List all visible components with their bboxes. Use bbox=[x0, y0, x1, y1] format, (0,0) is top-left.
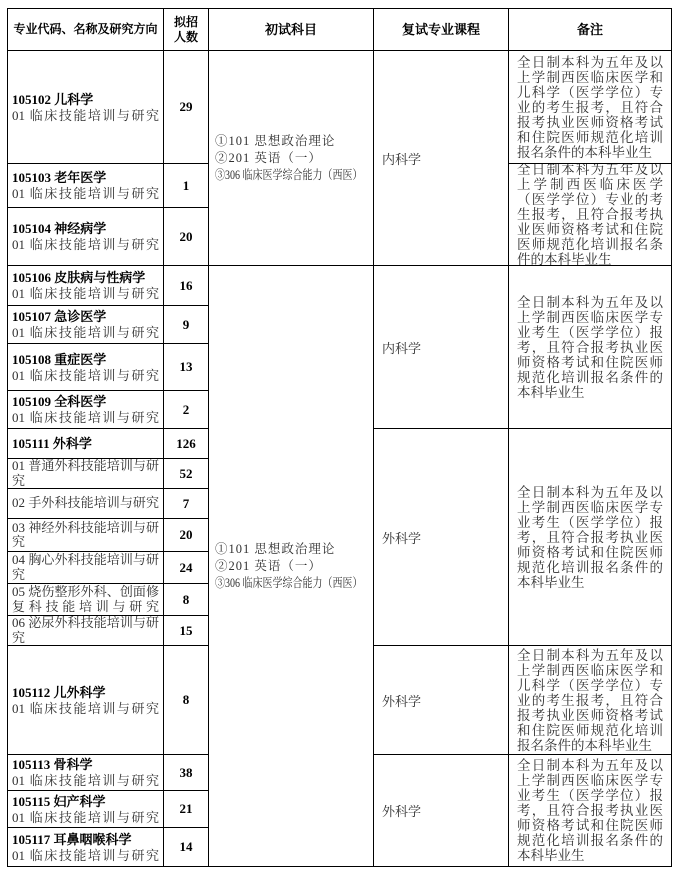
quota-cell: 13 bbox=[164, 344, 209, 391]
direction-cell-03: 03 神经外科技能培训与研究 bbox=[8, 519, 164, 552]
exam-line-english: ②201 英语（一） bbox=[215, 150, 367, 167]
retest-cell-surgery-2: 外科学 bbox=[374, 646, 509, 755]
program-direction: 01 临床技能培训与研究 bbox=[12, 369, 159, 384]
program-code: 105115 妇产科学 bbox=[12, 793, 159, 811]
program-code: 105111 外科学 bbox=[12, 435, 159, 453]
program-cell-105109: 105109 全科医学 01 临床技能培训与研究 bbox=[8, 391, 164, 429]
program-direction: 04 胸心外科技能培训与研究 bbox=[12, 553, 159, 582]
quota-cell: 38 bbox=[164, 755, 209, 791]
direction-cell-01: 01 普通外科技能培训与研究 bbox=[8, 459, 164, 489]
quota-cell: 8 bbox=[164, 584, 209, 616]
exam-subjects-cell-bottom: ①101 思想政治理论 ②201 英语（一） ③306 临床医学综合能力（西医） bbox=[209, 266, 374, 866]
program-code: 105103 老年医学 bbox=[12, 169, 159, 187]
quota-cell: 7 bbox=[164, 489, 209, 519]
program-code: 105117 耳鼻咽喉科学 bbox=[12, 831, 159, 849]
quota-cell: 14 bbox=[164, 828, 209, 866]
program-direction: 05 烧伤整形外科、创面修复科技能培训与研究 bbox=[12, 585, 159, 614]
program-code: 105112 儿外科学 bbox=[12, 684, 159, 702]
program-cell-105103: 105103 老年医学 01 临床技能培训与研究 bbox=[8, 164, 164, 208]
program-direction: 01 临床技能培训与研究 bbox=[12, 187, 159, 202]
program-direction: 01 临床技能培训与研究 bbox=[12, 811, 159, 826]
direction-cell-05: 05 烧伤整形外科、创面修复科技能培训与研究 bbox=[8, 584, 164, 616]
remark-cell-5: 全日制本科为五年及以上学制西医临床医学和儿科学（医学学位）专业的考生报考，且符合… bbox=[509, 646, 671, 755]
program-cell-105117: 105117 耳鼻咽喉科学 01 临床技能培训与研究 bbox=[8, 828, 164, 866]
program-direction: 01 临床技能培训与研究 bbox=[12, 411, 159, 426]
retest-cell-surgery-3: 外科学 bbox=[374, 755, 509, 866]
program-direction: 01 临床技能培训与研究 bbox=[12, 326, 159, 341]
program-direction: 01 临床技能培训与研究 bbox=[12, 287, 159, 302]
document-page: { "colors":{"border":"#000000","text":"#… bbox=[0, 0, 673, 879]
quota-cell: 8 bbox=[164, 646, 209, 755]
direction-cell-02: 02 手外科技能培训与研究 bbox=[8, 489, 164, 519]
program-cell-105102: 105102 儿科学 01 临床技能培训与研究 bbox=[8, 51, 164, 164]
exam-line-clinical: ③306 临床医学综合能力（西医） bbox=[215, 575, 337, 592]
header-remark: 备注 bbox=[509, 9, 671, 51]
quota-cell: 126 bbox=[164, 429, 209, 459]
header-exam: 初试科目 bbox=[209, 9, 374, 51]
exam-line-politics: ①101 思想政治理论 bbox=[215, 133, 367, 150]
remark-cell-4: 全日制本科为五年及以上学制西医临床医学专业考生（医学学位）报考，且符合报考执业医… bbox=[509, 429, 671, 646]
direction-cell-04: 04 胸心外科技能培训与研究 bbox=[8, 552, 164, 584]
program-direction: 02 手外科技能培训与研究 bbox=[12, 496, 159, 511]
program-direction: 01 普通外科技能培训与研究 bbox=[12, 459, 159, 488]
program-cell-105115: 105115 妇产科学 01 临床技能培训与研究 bbox=[8, 791, 164, 828]
remark-cell-1: 全日制本科为五年及以上学制西医临床医学和儿科学（医学学位）专业的考生报考，且符合… bbox=[509, 51, 671, 164]
quota-cell: 1 bbox=[164, 164, 209, 208]
program-direction: 06 泌尿外科技能培训与研究 bbox=[12, 616, 159, 645]
quota-cell: 24 bbox=[164, 552, 209, 584]
exam-line-clinical: ③306 临床医学综合能力（西医） bbox=[215, 167, 337, 184]
program-code: 105106 皮肤病与性病学 bbox=[12, 269, 159, 287]
program-cell-105106: 105106 皮肤病与性病学 01 临床技能培训与研究 bbox=[8, 266, 164, 306]
program-direction: 01 临床技能培训与研究 bbox=[12, 774, 159, 789]
quota-cell: 2 bbox=[164, 391, 209, 429]
retest-cell-surgery-1: 外科学 bbox=[374, 429, 509, 646]
quota-cell: 52 bbox=[164, 459, 209, 489]
direction-cell-06: 06 泌尿外科技能培训与研究 bbox=[8, 616, 164, 646]
program-cell-105111: 105111 外科学 bbox=[8, 429, 164, 459]
program-code: 105107 急诊医学 bbox=[12, 308, 159, 326]
quota-cell: 9 bbox=[164, 306, 209, 344]
program-cell-105112: 105112 儿外科学 01 临床技能培训与研究 bbox=[8, 646, 164, 755]
admission-table: 专业代码、名称及研究方向 拟招人数 初试科目 复试专业课程 备注 105102 … bbox=[7, 8, 672, 867]
quota-cell: 15 bbox=[164, 616, 209, 646]
header-quota: 拟招人数 bbox=[164, 9, 209, 51]
program-cell-105104: 105104 神经病学 01 临床技能培训与研究 bbox=[8, 208, 164, 266]
program-direction: 03 神经外科技能培训与研究 bbox=[12, 521, 159, 550]
quota-cell: 20 bbox=[164, 208, 209, 266]
remark-cell-2: 全日制本科为五年及以上学制西医临床医学（医学学位）专业的考生报考，且符合报考执业… bbox=[509, 164, 671, 266]
program-code: 105113 骨科学 bbox=[12, 756, 159, 774]
program-cell-105113: 105113 骨科学 01 临床技能培训与研究 bbox=[8, 755, 164, 791]
program-cell-105107: 105107 急诊医学 01 临床技能培训与研究 bbox=[8, 306, 164, 344]
remark-cell-6: 全日制本科为五年及以上学制西医临床医学专业考生（医学学位）报考，且符合报考执业医… bbox=[509, 755, 671, 866]
retest-cell-internal-medicine-2: 内科学 bbox=[374, 266, 509, 429]
quota-cell: 29 bbox=[164, 51, 209, 164]
quota-cell: 16 bbox=[164, 266, 209, 306]
quota-cell: 21 bbox=[164, 791, 209, 828]
remark-cell-3: 全日制本科为五年及以上学制西医临床医学专业考生（医学学位）报考，且符合报考执业医… bbox=[509, 266, 671, 429]
exam-line-politics: ①101 思想政治理论 bbox=[215, 541, 367, 558]
program-direction: 01 临床技能培训与研究 bbox=[12, 109, 159, 124]
header-retest: 复试专业课程 bbox=[374, 9, 509, 51]
program-direction: 01 临床技能培训与研究 bbox=[12, 702, 159, 717]
quota-cell: 20 bbox=[164, 519, 209, 552]
program-direction: 01 临床技能培训与研究 bbox=[12, 849, 159, 864]
program-code: 105109 全科医学 bbox=[12, 393, 159, 411]
exam-line-english: ②201 英语（一） bbox=[215, 558, 367, 575]
program-code: 105108 重症医学 bbox=[12, 351, 159, 369]
program-code: 105104 神经病学 bbox=[12, 220, 159, 238]
exam-subjects-cell-top: ①101 思想政治理论 ②201 英语（一） ③306 临床医学综合能力（西医） bbox=[209, 51, 374, 266]
program-code: 105102 儿科学 bbox=[12, 91, 159, 109]
program-direction: 01 临床技能培训与研究 bbox=[12, 238, 159, 253]
header-quota-text: 拟招人数 bbox=[172, 15, 200, 45]
retest-cell-internal-medicine-1: 内科学 bbox=[374, 51, 509, 266]
program-cell-105108: 105108 重症医学 01 临床技能培训与研究 bbox=[8, 344, 164, 391]
header-program: 专业代码、名称及研究方向 bbox=[8, 9, 164, 51]
